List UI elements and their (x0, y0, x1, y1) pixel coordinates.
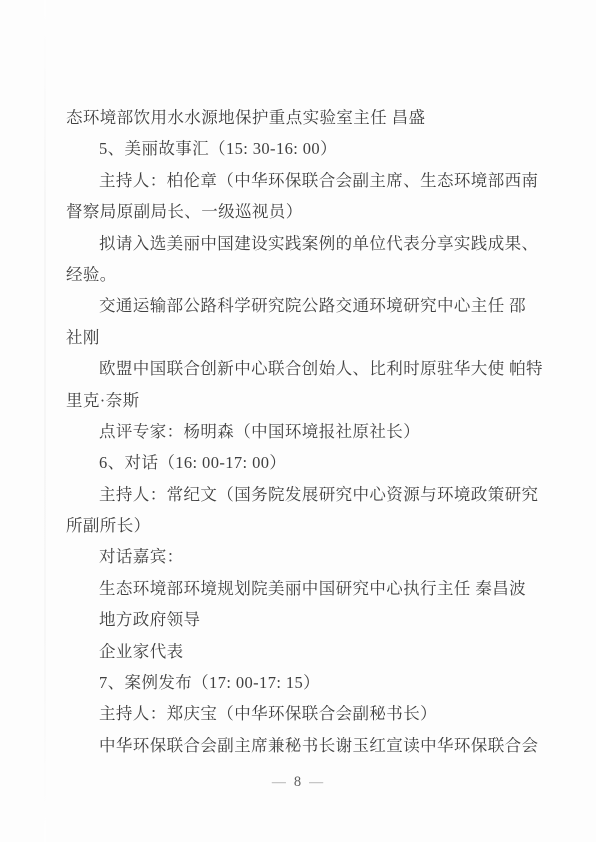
document-page: 态环境部饮用水水源地保护重点实验室主任 昌盛 5、美丽故事汇（15: 30-16… (0, 0, 596, 842)
document-line: 中华环保联合会副主席兼秘书长谢玉红宣读中华环保联合会 (66, 730, 532, 761)
document-line: 社刚 (66, 322, 532, 353)
document-line: 交通运输部公路科学研究院公路交通环境研究中心主任 邵 (66, 290, 532, 321)
document-line: 里克·奈斯 (66, 385, 532, 416)
document-line: 所副所长） (66, 510, 532, 541)
document-line: 地方政府领导 (66, 604, 532, 635)
document-line-section-6-title: 6、对话（16: 00-17: 00） (66, 447, 532, 478)
page-number-dash: — (302, 775, 331, 790)
document-line-section-5-title: 5、美丽故事汇（15: 30-16: 00） (66, 133, 532, 164)
document-line: 主持人：郑庆宝（中华环保联合会副秘书长） (66, 698, 532, 729)
page-number: —8— (0, 774, 596, 791)
document-line: 经验。 (66, 259, 532, 290)
document-line-section-7-title: 7、案例发布（17: 00-17: 15） (66, 667, 532, 698)
document-line: 生态环境部环境规划院美丽中国研究中心执行主任 秦昌波 (66, 573, 532, 604)
document-line: 企业家代表 (66, 636, 532, 667)
document-line: 欧盟中国联合创新中心联合创始人、比利时原驻华大使 帕特 (66, 353, 532, 384)
page-number-dash: — (265, 775, 294, 790)
document-line: 点评专家：杨明森（中国环境报社原社长） (66, 416, 532, 447)
document-line: 主持人：柏伦章（中华环保联合会副主席、生态环境部西南 (66, 165, 532, 196)
document-line: 对话嘉宾： (66, 541, 532, 572)
document-line: 拟请入选美丽中国建设实践案例的单位代表分享实践成果、 (66, 228, 532, 259)
document-body: 态环境部饮用水水源地保护重点实验室主任 昌盛 5、美丽故事汇（15: 30-16… (66, 102, 532, 761)
scan-artifact (44, 0, 46, 842)
document-line: 态环境部饮用水水源地保护重点实验室主任 昌盛 (66, 102, 532, 133)
document-line: 督察局原副局长、一级巡视员） (66, 196, 532, 227)
page-number-value: 8 (294, 774, 302, 790)
document-line: 主持人：常纪文（国务院发展研究中心资源与环境政策研究 (66, 479, 532, 510)
